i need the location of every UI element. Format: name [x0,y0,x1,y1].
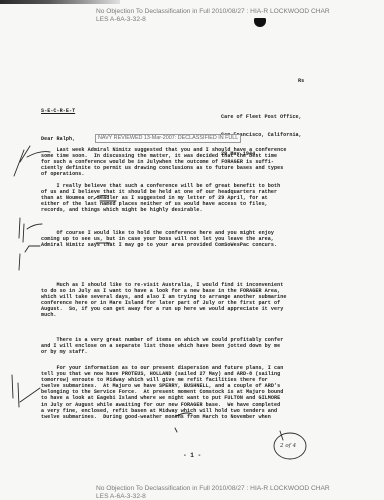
declass-line-2-bottom: LES A-6A-3-32-8 [96,493,330,500]
underline-strokes [96,201,192,432]
margin-check-mark-2 [19,195,108,242]
margin-check-mark-1 [14,146,50,176]
margin-check-mark-4 [12,375,40,407]
declass-line-1-bottom: No Objection To Declassification in Full… [96,485,330,493]
handwritten-page-note: 2 of 4 [280,443,296,449]
handwritten-margin-marks [0,0,384,500]
margin-check-mark-3 [19,246,40,270]
declassification-stamp-bottom: No Objection To Declassification in Full… [96,485,330,500]
